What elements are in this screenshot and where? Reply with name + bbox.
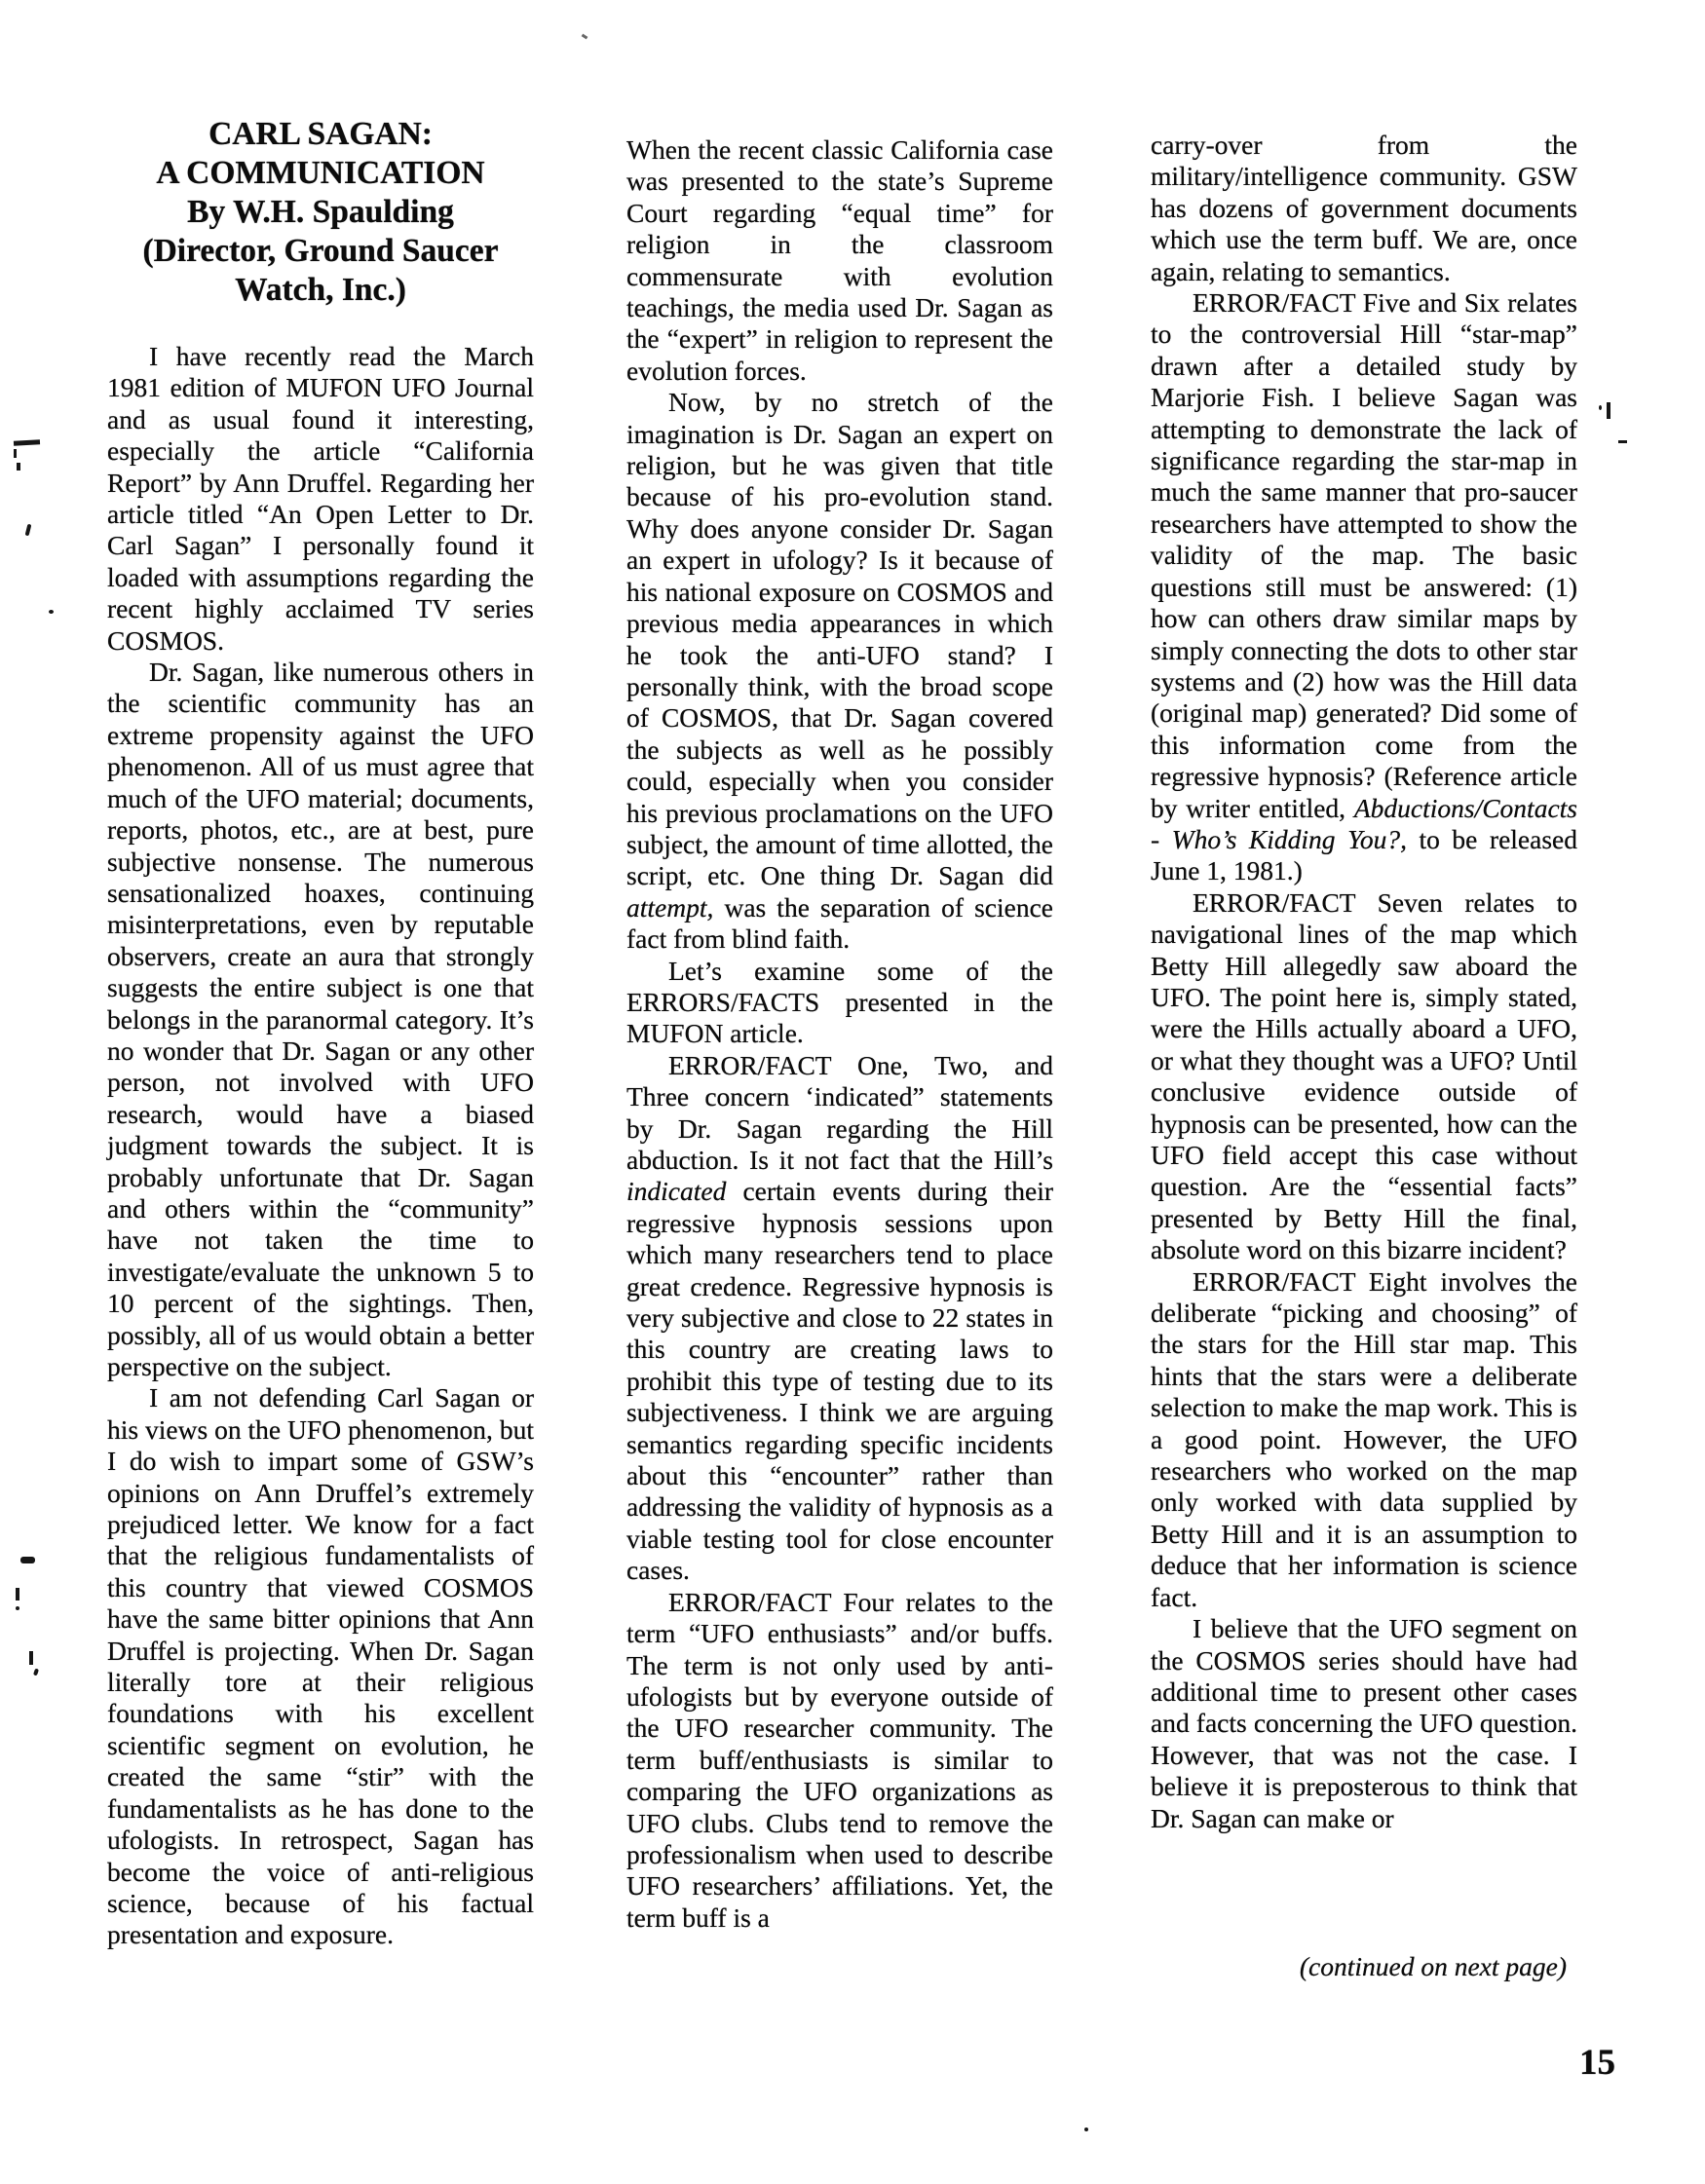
column-3-text: carry-over from the military/intelligenc… <box>1151 130 1577 1834</box>
article-title: CARL SAGAN: A COMMUNICATION By W.H. Spau… <box>107 115 534 310</box>
scan-artifact <box>1599 405 1602 410</box>
scan-artifact <box>16 1606 19 1610</box>
journal-page: CARL SAGAN: A COMMUNICATION By W.H. Spau… <box>0 0 1705 2184</box>
scan-artifact <box>1618 440 1627 443</box>
continued-note: (continued on next page) <box>1300 1951 1567 1982</box>
paragraph: When the recent classic California case … <box>626 134 1053 387</box>
paragraph: ERROR/FACT Five and Six relates to the c… <box>1151 287 1577 887</box>
article-title-line: A COMMUNICATION <box>107 154 534 193</box>
scan-artifact <box>1084 2128 1088 2131</box>
scan-artifact <box>582 34 588 40</box>
scan-artifact <box>16 1588 19 1600</box>
paragraph: Dr. Sagan, like numerous others in the s… <box>107 657 534 1382</box>
article-byline: By W.H. Spaulding <box>107 193 534 232</box>
paragraph: I believe that the UFO segment on the CO… <box>1151 1613 1577 1834</box>
scan-artifact <box>17 463 20 471</box>
scan-artifact <box>14 439 40 445</box>
paragraph: carry-over from the military/intelligenc… <box>1151 130 1577 287</box>
column-1-text: I have recently read the March 1981 edit… <box>107 341 534 1951</box>
scan-artifact <box>20 1557 35 1563</box>
paragraph: ERROR/FACT Seven relates to navigational… <box>1151 887 1577 1266</box>
article-title-line: CARL SAGAN: <box>107 115 534 154</box>
page-number: 15 <box>1579 2042 1615 2084</box>
article-byline: (Director, Ground Saucer <box>107 232 534 271</box>
column-2-text: When the recent classic California case … <box>626 134 1053 1934</box>
paragraph: I am not defending Carl Sagan or his vie… <box>107 1382 534 1950</box>
paragraph: I have recently read the March 1981 edit… <box>107 341 534 657</box>
scan-artifact <box>14 449 17 458</box>
paragraph: ERROR/FACT One, Two, and Three concern ‘… <box>626 1050 1053 1587</box>
article-byline: Watch, Inc.) <box>107 271 534 310</box>
scan-artifact <box>33 1669 39 1676</box>
column-1: CARL SAGAN: A COMMUNICATION By W.H. Spau… <box>107 115 534 1951</box>
column-3: carry-over from the military/intelligenc… <box>1151 130 1577 1834</box>
scan-artifact <box>25 524 32 537</box>
paragraph: ERROR/FACT Eight involves the deliberate… <box>1151 1266 1577 1613</box>
scan-artifact <box>29 1651 33 1665</box>
column-2: When the recent classic California case … <box>626 134 1053 1934</box>
paragraph: ERROR/FACT Four relates to the term “UFO… <box>626 1587 1053 1934</box>
paragraph: Now, by no stretch of the imagination is… <box>626 387 1053 955</box>
scan-artifact <box>1607 402 1610 419</box>
paragraph: Let’s examine some of the ERRORS/FACTS p… <box>626 956 1053 1050</box>
scan-artifact <box>49 610 54 614</box>
